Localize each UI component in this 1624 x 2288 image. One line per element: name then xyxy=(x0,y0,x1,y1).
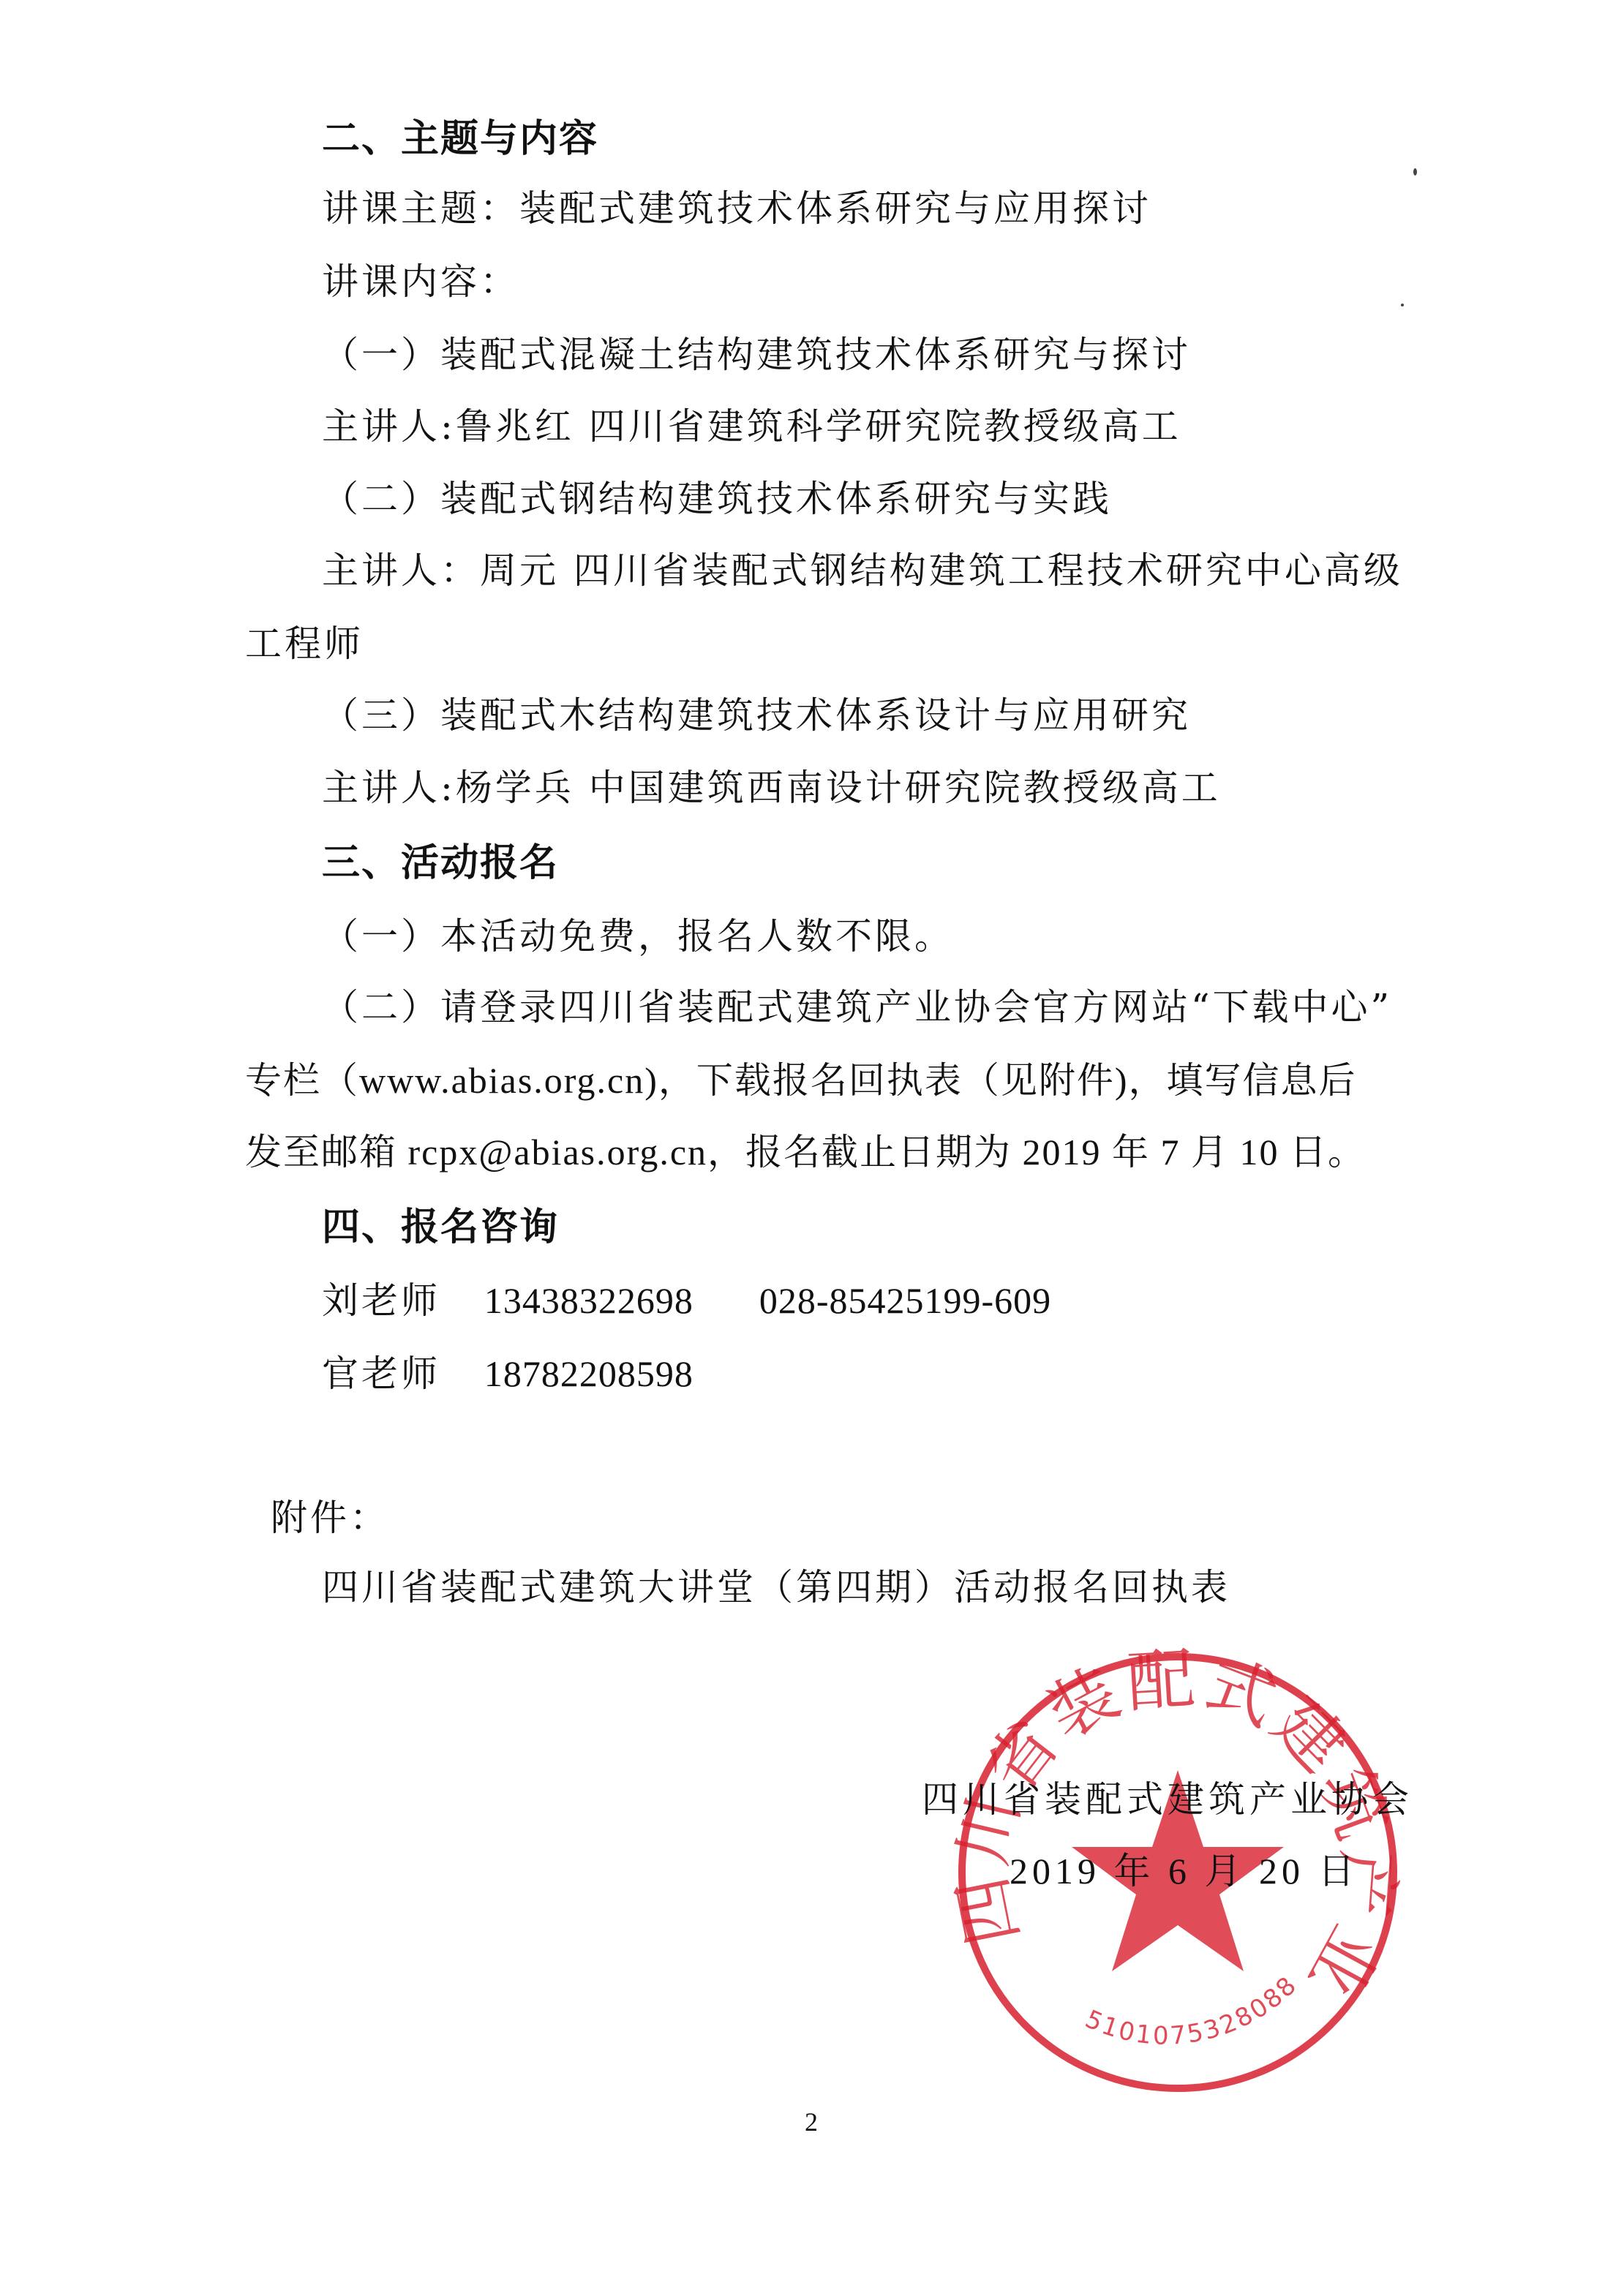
lecture-item-3-speaker: 主讲人:杨学兵 中国建筑西南设计研究院教授级高工 xyxy=(322,766,1221,810)
lecture-item-1-title: （一）装配式混凝土结构建筑技术体系研究与探讨 xyxy=(322,333,1191,377)
lecture-item-2-speaker-cont: 工程师 xyxy=(245,622,364,666)
contact-phone: 028-85425199-609 xyxy=(759,1280,1051,1321)
lecture-item-1-speaker: 主讲人:鲁兆红 四川省建筑科学研究院教授级高工 xyxy=(322,404,1181,448)
contact-name: 刘老师 xyxy=(322,1279,440,1322)
contact-mobile: 13438322698 xyxy=(484,1280,693,1321)
svg-text:5101075328088: 5101075328088 xyxy=(1081,1970,1304,2051)
lecture-topic: 讲课主题：装配式建筑技术体系研究与应用探讨 xyxy=(322,187,1151,230)
section-heading-inquiry: 四、报名咨询 xyxy=(322,1205,559,1249)
registration-item-2-cont: 专栏（www.abias.org.cn)，下载报名回执表（见附件)，填写信息后 xyxy=(245,1058,1357,1102)
registration-item-2-cont2: 发至邮箱 rcpx@abias.org.cn，报名截止日期为 2019 年 7 … xyxy=(245,1130,1366,1174)
section-heading-registration: 三、活动报名 xyxy=(322,841,559,885)
page-number: 2 xyxy=(805,2107,818,2137)
section-heading-topic-content: 二、主题与内容 xyxy=(322,117,598,161)
signature-date: 2019 年 6 月 20 日 xyxy=(1010,1849,1359,1893)
attachment-label: 附件： xyxy=(271,1496,389,1540)
contact-name: 官老师 xyxy=(322,1352,440,1395)
attachment-title: 四川省装配式建筑大讲堂（第四期）活动报名回执表 xyxy=(322,1565,1230,1609)
lecture-item-2-speaker: 主讲人：周元 四川省装配式钢结构建筑工程技术研究中心高级 xyxy=(322,549,1403,592)
scan-speck xyxy=(1413,168,1417,176)
contact-mobile: 18782208598 xyxy=(484,1353,693,1394)
contact-row: 官老师 18782208598 xyxy=(322,1352,693,1396)
signature-organization: 四川省装配式建筑产业协会 xyxy=(922,1777,1413,1821)
scan-speck xyxy=(1401,304,1404,306)
registration-item-2: （二）请登录四川省装配式建筑产业协会官方网站“下载中心” xyxy=(322,985,1392,1029)
svg-text:四川省装配式建筑产业协会: 四川省装配式建筑产业协会 xyxy=(951,1646,1405,2014)
contact-row: 刘老师 13438322698 028-85425199-609 xyxy=(322,1279,1051,1322)
lecture-item-3-title: （三）装配式木结构建筑技术体系设计与应用研究 xyxy=(322,693,1191,737)
registration-item-1: （一）本活动免费，报名人数不限。 xyxy=(322,914,954,958)
lecture-content-label: 讲课内容： xyxy=(322,260,519,304)
lecture-item-2-title: （二）装配式钢结构建筑技术体系研究与实践 xyxy=(322,477,1112,521)
